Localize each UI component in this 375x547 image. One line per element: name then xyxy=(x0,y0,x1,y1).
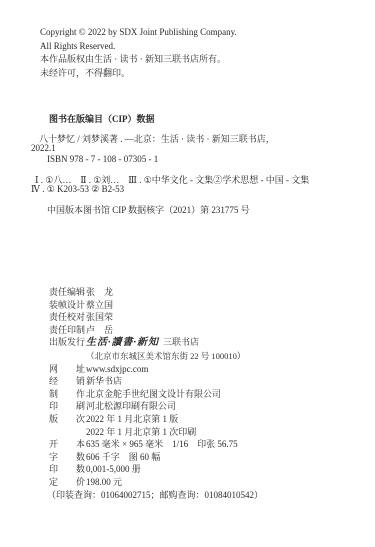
printer-company: 河北松源印刷有限公司 xyxy=(86,400,176,413)
copyright-line-english: Copyright © 2022 by SDX Joint Publishing… xyxy=(40,26,237,40)
print-run-row: 印 数 0,001-5,000 册 xyxy=(49,463,263,476)
editor-name: 张 龙 xyxy=(86,286,113,299)
cip-entry-line-2: 2022.1 xyxy=(31,143,56,153)
format-value: 635 毫米 × 965 毫米 1/16 印张 56.75 xyxy=(86,438,238,451)
proofreader-name: 张国荣 xyxy=(86,311,113,324)
isbn-line: ISBN 978 - 7 - 108 - 07305 - 1 xyxy=(47,154,158,164)
cip-classification-line-2: Ⅳ . ① K203-53 ② B2-53 xyxy=(31,184,124,195)
word-count-row: 字 数 606 千字 图 60 幅 xyxy=(49,451,263,464)
cip-record-number: 中国版本图书馆 CIP 数据核字（2021）第 231775 号 xyxy=(47,203,250,216)
price-value: 198.00 元 xyxy=(86,476,122,489)
website-label: 网 址 xyxy=(49,363,86,376)
distributor-label: 经 销 xyxy=(49,375,86,388)
format-row: 开 本 635 毫米 × 965 毫米 1/16 印张 56.75 xyxy=(49,438,263,451)
copyright-line-chinese: 本作品版权由生活 · 读书 · 新知三联书店所有。 xyxy=(40,53,237,67)
editor-label: 责任编辑 xyxy=(49,286,86,299)
printing-value: 2022 年 1 月北京第 1 次印刷 xyxy=(49,426,263,439)
edition-label: 版 次 xyxy=(49,413,86,426)
edition-value: 2022 年 1 月北京第 1 版 xyxy=(86,413,178,426)
designer-label: 装帧设计 xyxy=(49,299,86,312)
word-count-value: 606 千字 图 60 幅 xyxy=(86,451,160,464)
print-run-label: 印 数 xyxy=(49,463,86,476)
printer-row: 印 刷 河北松源印刷有限公司 xyxy=(49,400,263,413)
publisher-label: 出版发行 xyxy=(49,336,86,350)
print-supervisor-name: 卢 岳 xyxy=(86,324,113,337)
colophon-page: Copyright © 2022 by SDX Joint Publishing… xyxy=(0,0,375,547)
production-company: 北京金舵手世纪图文设计有限公司 xyxy=(86,388,221,401)
print-run-value: 0,001-5,000 册 xyxy=(86,463,141,476)
copyright-block: Copyright © 2022 by SDX Joint Publishing… xyxy=(40,26,237,80)
distributor-row: 经 销 新华书店 xyxy=(49,375,263,388)
designer-name: 蔡立国 xyxy=(86,299,113,312)
print-supervisor-row: 责任印制 卢 岳 xyxy=(49,324,263,337)
edition-row: 版 次 2022 年 1 月北京第 1 版 xyxy=(49,413,263,426)
designer-row: 装帧设计 蔡立国 xyxy=(49,299,263,312)
word-count-label: 字 数 xyxy=(49,451,86,464)
website-row: 网 址 www.sdxjpc.com xyxy=(49,363,263,376)
inquiry-phone-footnote: （印装查询：01064002715；邮购查询：01084010542） xyxy=(47,489,263,502)
no-reprint-line: 未经许可，不得翻印。 xyxy=(40,67,237,81)
production-label: 制 作 xyxy=(49,388,86,401)
publisher-suffix: 三联书店 xyxy=(163,337,199,347)
website-url: www.sdxjpc.com xyxy=(86,363,148,376)
proofreader-label: 责任校对 xyxy=(49,311,86,324)
sdx-logotype: 生活·讀書·新知 xyxy=(86,337,159,348)
publisher-name: 生活·讀書·新知三联书店 xyxy=(86,336,199,350)
editor-row: 责任编辑 张 龙 xyxy=(49,286,263,299)
price-label: 定 价 xyxy=(49,476,86,489)
publisher-address: （北京市东城区美术馆东街 22 号 100010） xyxy=(49,350,263,363)
cip-title: 图书在版编目（CIP）数据 xyxy=(49,112,155,125)
imprint-block: 责任编辑 张 龙 装帧设计 蔡立国 责任校对 张国荣 责任印制 卢 岳 出版发行… xyxy=(49,286,263,501)
rights-reserved-line: All Rights Reserved. xyxy=(40,40,237,54)
publisher-row: 出版发行 生活·讀書·新知三联书店 xyxy=(49,336,263,350)
printer-label: 印 刷 xyxy=(49,400,86,413)
price-row: 定 价 198.00 元 xyxy=(49,476,263,489)
proofreader-row: 责任校对 张国荣 xyxy=(49,311,263,324)
cip-entry-line-1: 八十梦忆 / 刘梦溪著 . —北京：生活 · 读书 · 新知三联书店， xyxy=(39,132,275,145)
production-row: 制 作 北京金舵手世纪图文设计有限公司 xyxy=(49,388,263,401)
print-supervisor-label: 责任印制 xyxy=(49,324,86,337)
distributor-name: 新华书店 xyxy=(86,375,122,388)
format-label: 开 本 xyxy=(49,438,86,451)
